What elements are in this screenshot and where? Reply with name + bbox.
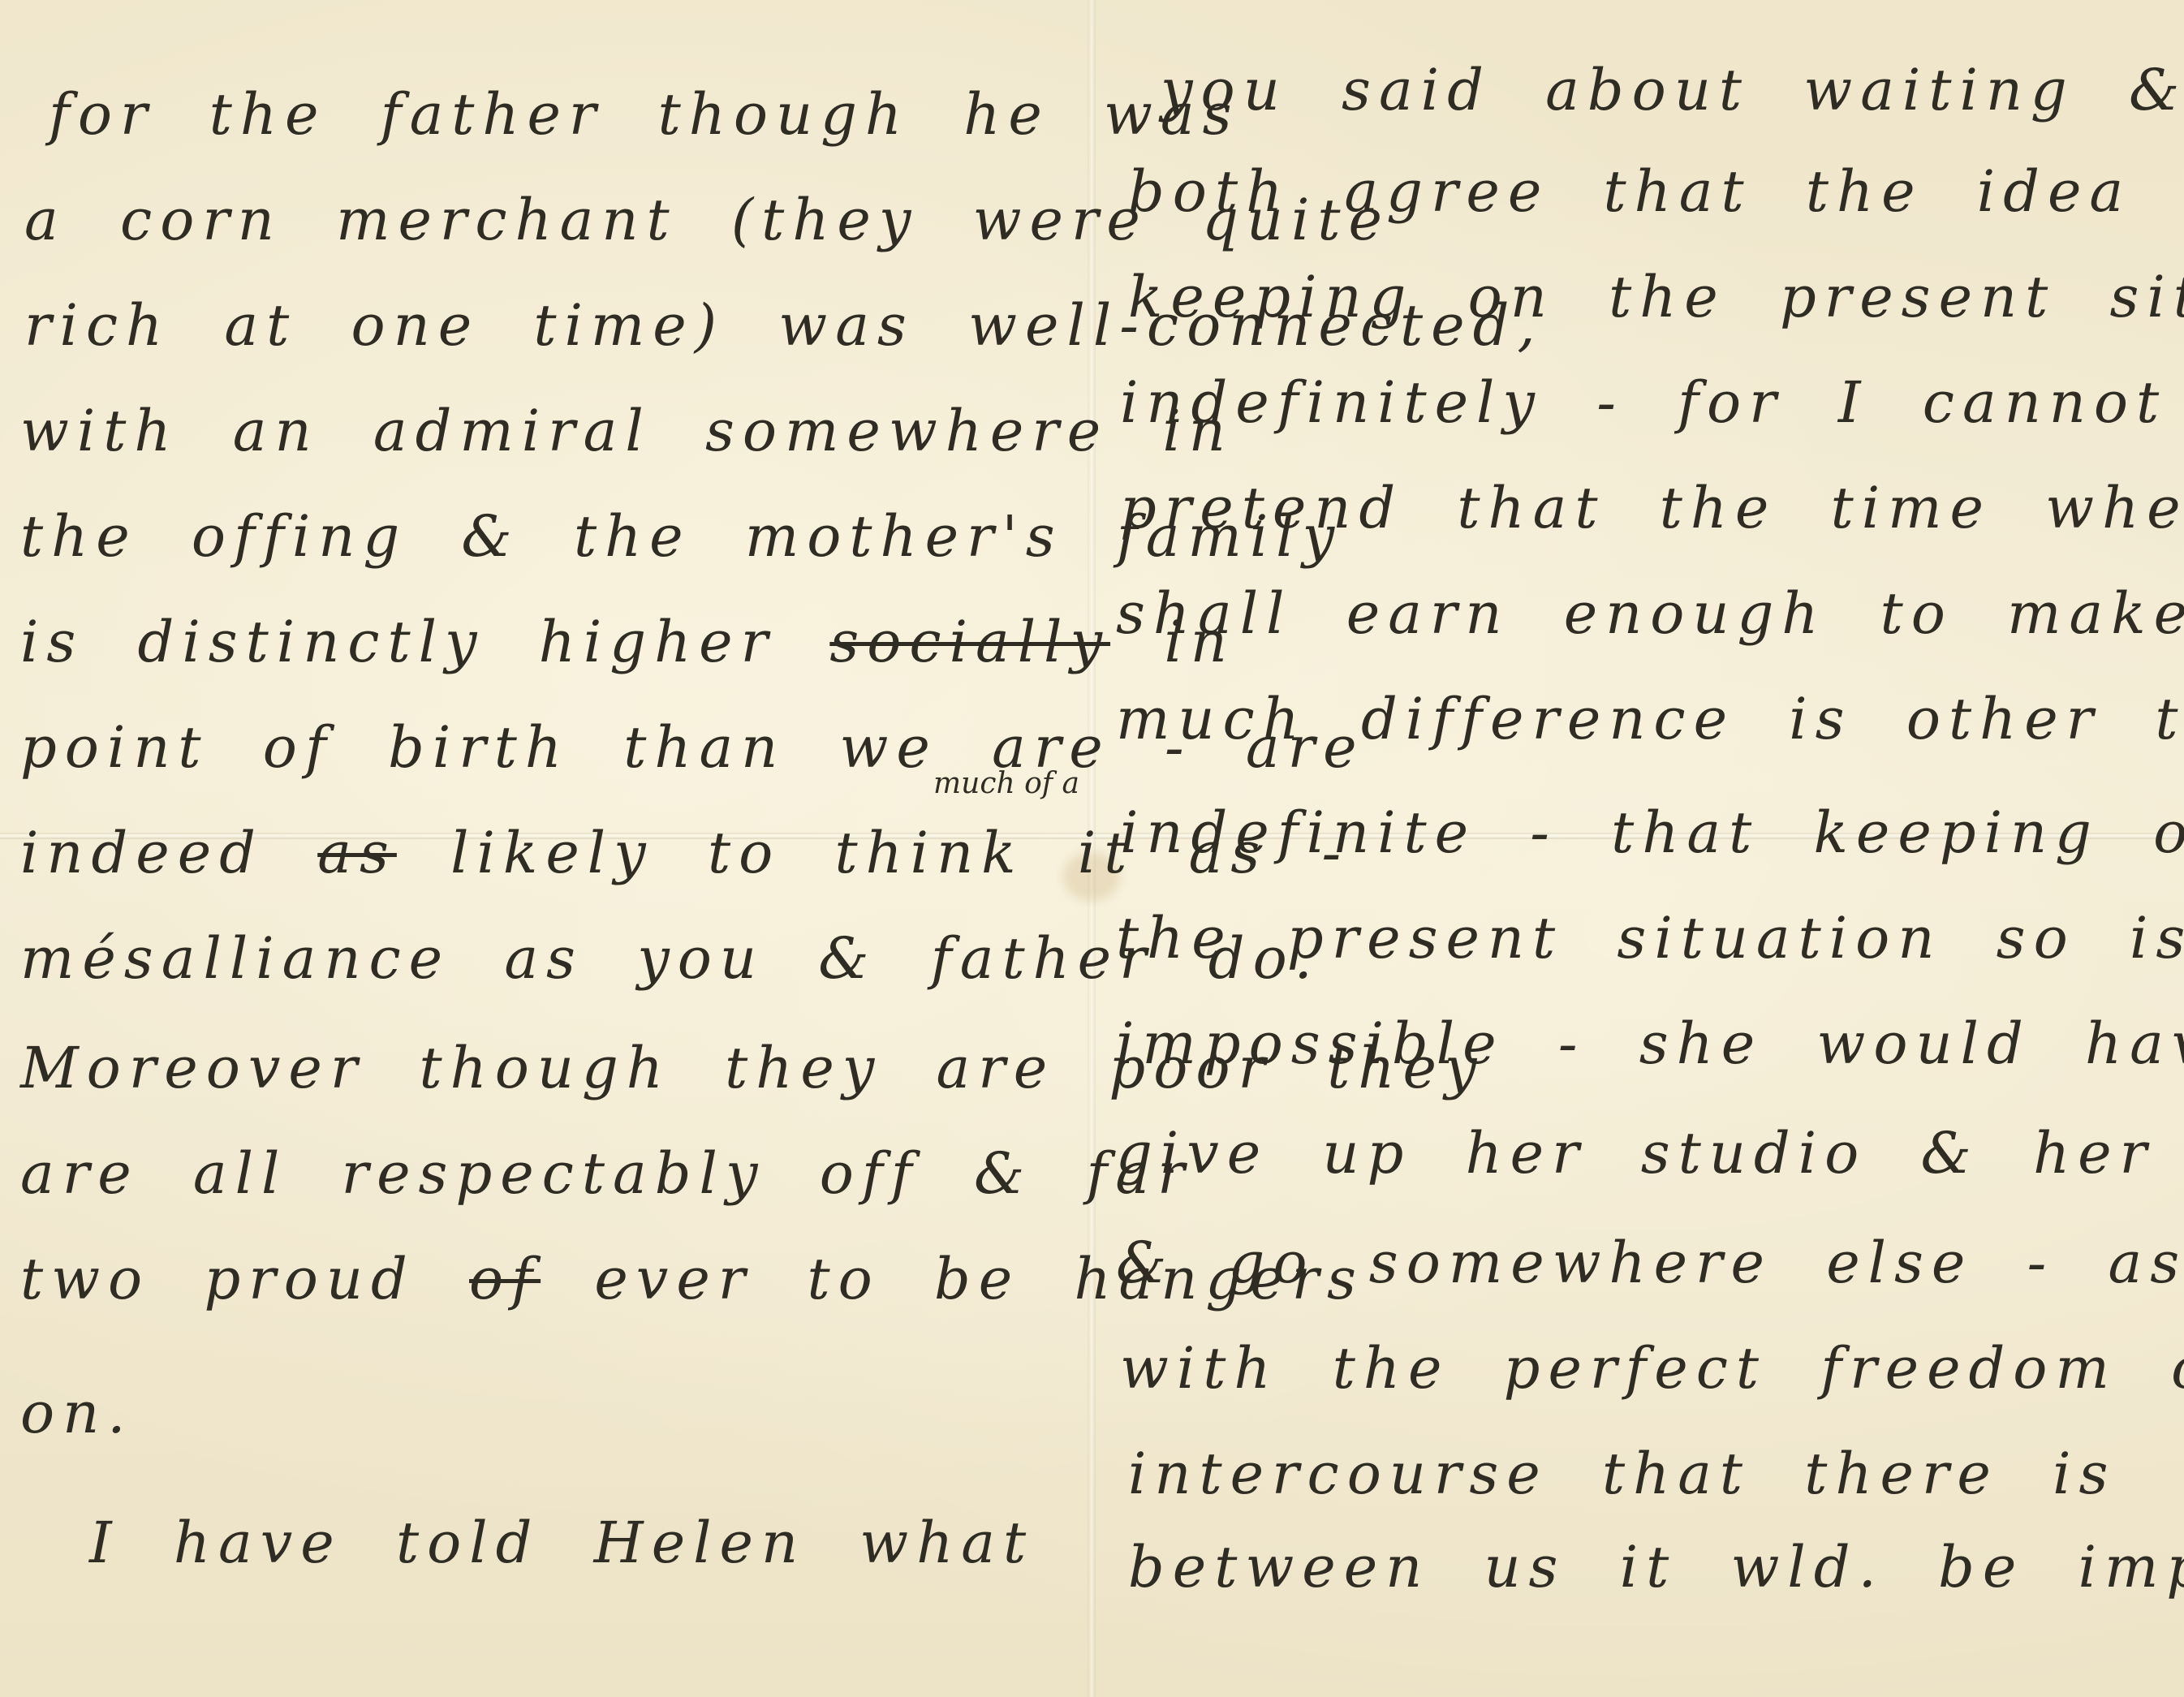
letter-line: keeping on the present situation xyxy=(1128,264,2184,330)
letter-line: impossible - she would have to xyxy=(1116,1010,2184,1077)
letter-line: the present situation so is xyxy=(1116,905,2184,971)
letter-line: for the father though he was xyxy=(49,81,1240,148)
line-text: is distinctly higher xyxy=(20,609,776,675)
line-text: indeed xyxy=(20,820,264,886)
letter-line: between us it wld. be impossible xyxy=(1128,1534,2184,1600)
letter-scan: for the father though he was a corn merc… xyxy=(0,0,2184,1697)
letter-line: is distinctly higher socially in xyxy=(20,609,1235,675)
interlinear-insertion: much of a xyxy=(933,767,1079,800)
letter-line: shall earn enough to make xyxy=(1116,580,2184,647)
letter-line: indefinitely - for I cannot xyxy=(1120,369,2167,436)
struck-word: socially xyxy=(829,609,1110,675)
left-page: for the father though he was a corn merc… xyxy=(0,0,1088,1697)
letter-line: give up her studio & her work xyxy=(1116,1120,2184,1187)
letter-line: I have told Helen what xyxy=(89,1510,1034,1576)
letter-line: indefinite - that keeping on xyxy=(1120,799,2184,866)
letter-line: are all respectably off & far xyxy=(20,1140,1193,1207)
letter-line: with the perfect freedom of xyxy=(1120,1335,2184,1402)
letter-line: both agree that the idea of xyxy=(1128,158,2184,225)
letter-line: pretend that the time when I xyxy=(1120,475,2184,541)
struck-word: of xyxy=(469,1246,541,1312)
letter-line: with an admiral somewhere in xyxy=(20,398,1234,464)
line-text: two proud xyxy=(20,1246,416,1312)
letter-line: intercourse that there is xyxy=(1128,1441,2116,1507)
right-page: you said about waiting & we both agree t… xyxy=(1096,0,2184,1697)
letter-line: much difference is other than xyxy=(1116,686,2184,752)
letter-line: on. xyxy=(20,1380,133,1446)
letter-line: & go somewhere else - as it is xyxy=(1116,1230,2184,1296)
struck-word: as xyxy=(317,820,397,886)
letter-line: you said about waiting & we xyxy=(1161,57,2184,123)
